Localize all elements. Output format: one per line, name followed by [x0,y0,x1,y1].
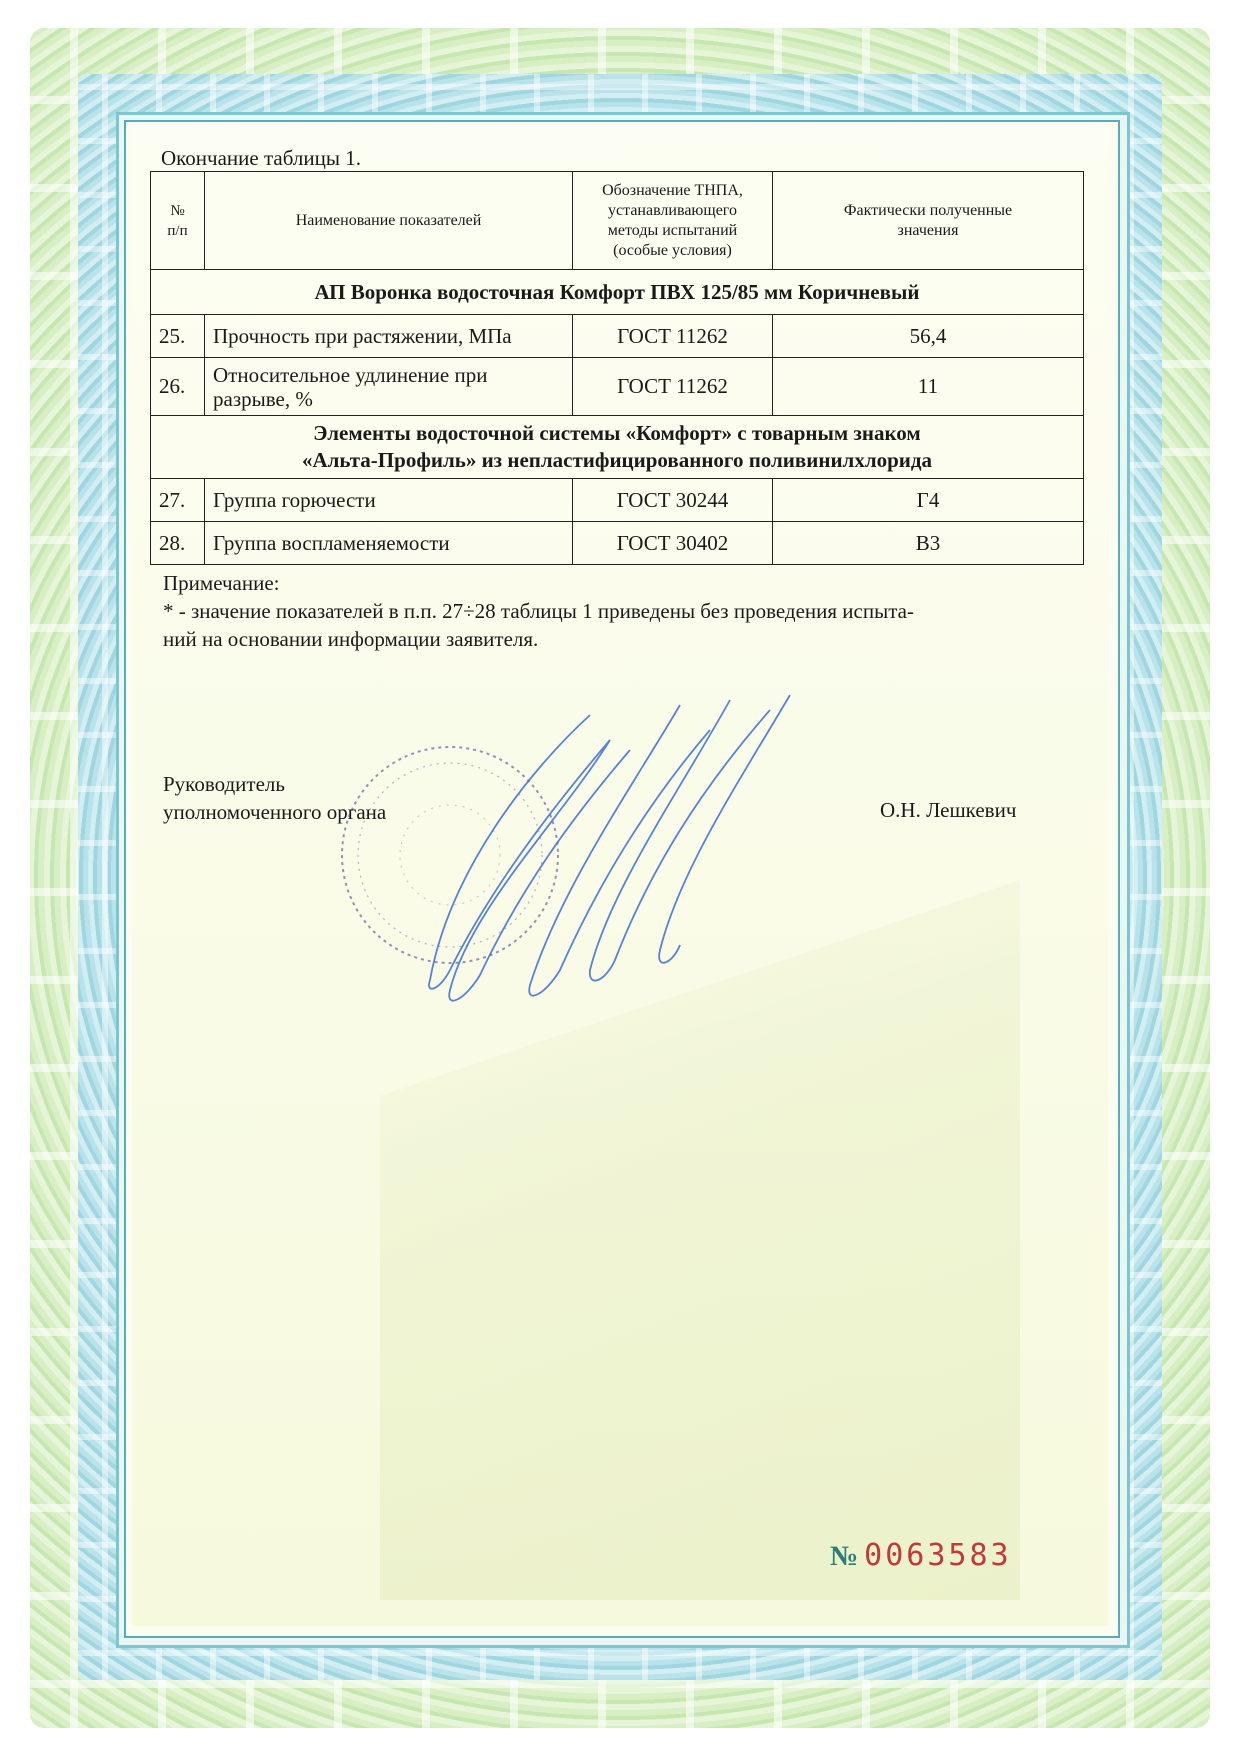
row-method: ГОСТ 11262 [573,315,773,358]
header-method-line: устанавливающего [581,201,764,221]
section-row: АП Воронка водосточная Комфорт ПВХ 125/8… [151,270,1084,315]
row-value: Г4 [773,479,1084,522]
row-method: ГОСТ 11262 [573,358,773,416]
table-header-row: № п/п Наименование показателей Обозначен… [151,172,1084,270]
signatory-title: Руководитель уполномоченного органа [163,770,386,826]
signatory-title-line: уполномоченного органа [163,798,386,826]
row-value: 11 [773,358,1084,416]
signatory-title-line: Руководитель [163,770,386,798]
header-values-line: Фактически полученные [781,201,1075,221]
header-indicator-name: Наименование показателей [205,172,573,270]
header-method-line: (особые условия) [581,241,764,261]
section-title: Элементы водосточной системы «Комфорт» с… [151,416,1084,479]
header-number: № п/п [151,172,205,270]
table-row: 25. Прочность при растяжении, МПа ГОСТ 1… [151,315,1084,358]
row-indicator: Группа воспламеняемости [205,522,573,565]
row-number: 28. [151,522,205,565]
table-row: 26. Относительное удлинение при разрыве,… [151,358,1084,416]
section-title: АП Воронка водосточная Комфорт ПВХ 125/8… [151,270,1084,315]
row-value: 56,4 [773,315,1084,358]
header-number-symbol: № [159,201,196,221]
signatory-name: О.Н. Лешкевич [880,798,1016,823]
row-indicator: Относительное удлинение при разрыве, % [205,358,573,416]
certificate-page: Окончание таблицы 1. № п/п Наименование … [0,0,1240,1754]
header-method-line: Обозначение ТНПА, [581,181,764,201]
note-label: Примечание: [163,569,1083,597]
results-table: № п/п Наименование показателей Обозначен… [150,171,1084,565]
note-text-line: * - значение показателей в п.п. 27÷28 та… [163,597,1083,625]
serial-prefix: № [830,1541,858,1572]
header-values-line: значения [781,221,1075,241]
row-method: ГОСТ 30244 [573,479,773,522]
section-title-line: «Альта-Профиль» из непластифицированного… [157,447,1077,474]
row-number: 26. [151,358,205,416]
row-indicator: Прочность при растяжении, МПа [205,315,573,358]
header-number-abbr: п/п [159,221,196,241]
header-method-line: методы испытаний [581,221,764,241]
header-test-method: Обозначение ТНПА, устанавливающего метод… [573,172,773,270]
section-title-line: Элементы водосточной системы «Комфорт» с… [157,420,1077,447]
note-text-line: ний на основании информации заявителя. [163,625,1083,653]
row-method: ГОСТ 30402 [573,522,773,565]
signature-icon [410,690,830,1020]
serial-number: №0063583 [830,1538,1012,1573]
table-row: 27. Группа горючести ГОСТ 30244 Г4 [151,479,1084,522]
row-indicator: Группа горючести [205,479,573,522]
section-row: Элементы водосточной системы «Комфорт» с… [151,416,1084,479]
row-number: 25. [151,315,205,358]
row-number: 27. [151,479,205,522]
row-value: В3 [773,522,1084,565]
note-block: Примечание: * - значение показателей в п… [163,569,1083,653]
header-actual-values: Фактически полученные значения [773,172,1084,270]
serial-value: 0063583 [864,1538,1011,1573]
table-row: 28. Группа воспламеняемости ГОСТ 30402 В… [151,522,1084,565]
table-caption: Окончание таблицы 1. [161,146,361,171]
